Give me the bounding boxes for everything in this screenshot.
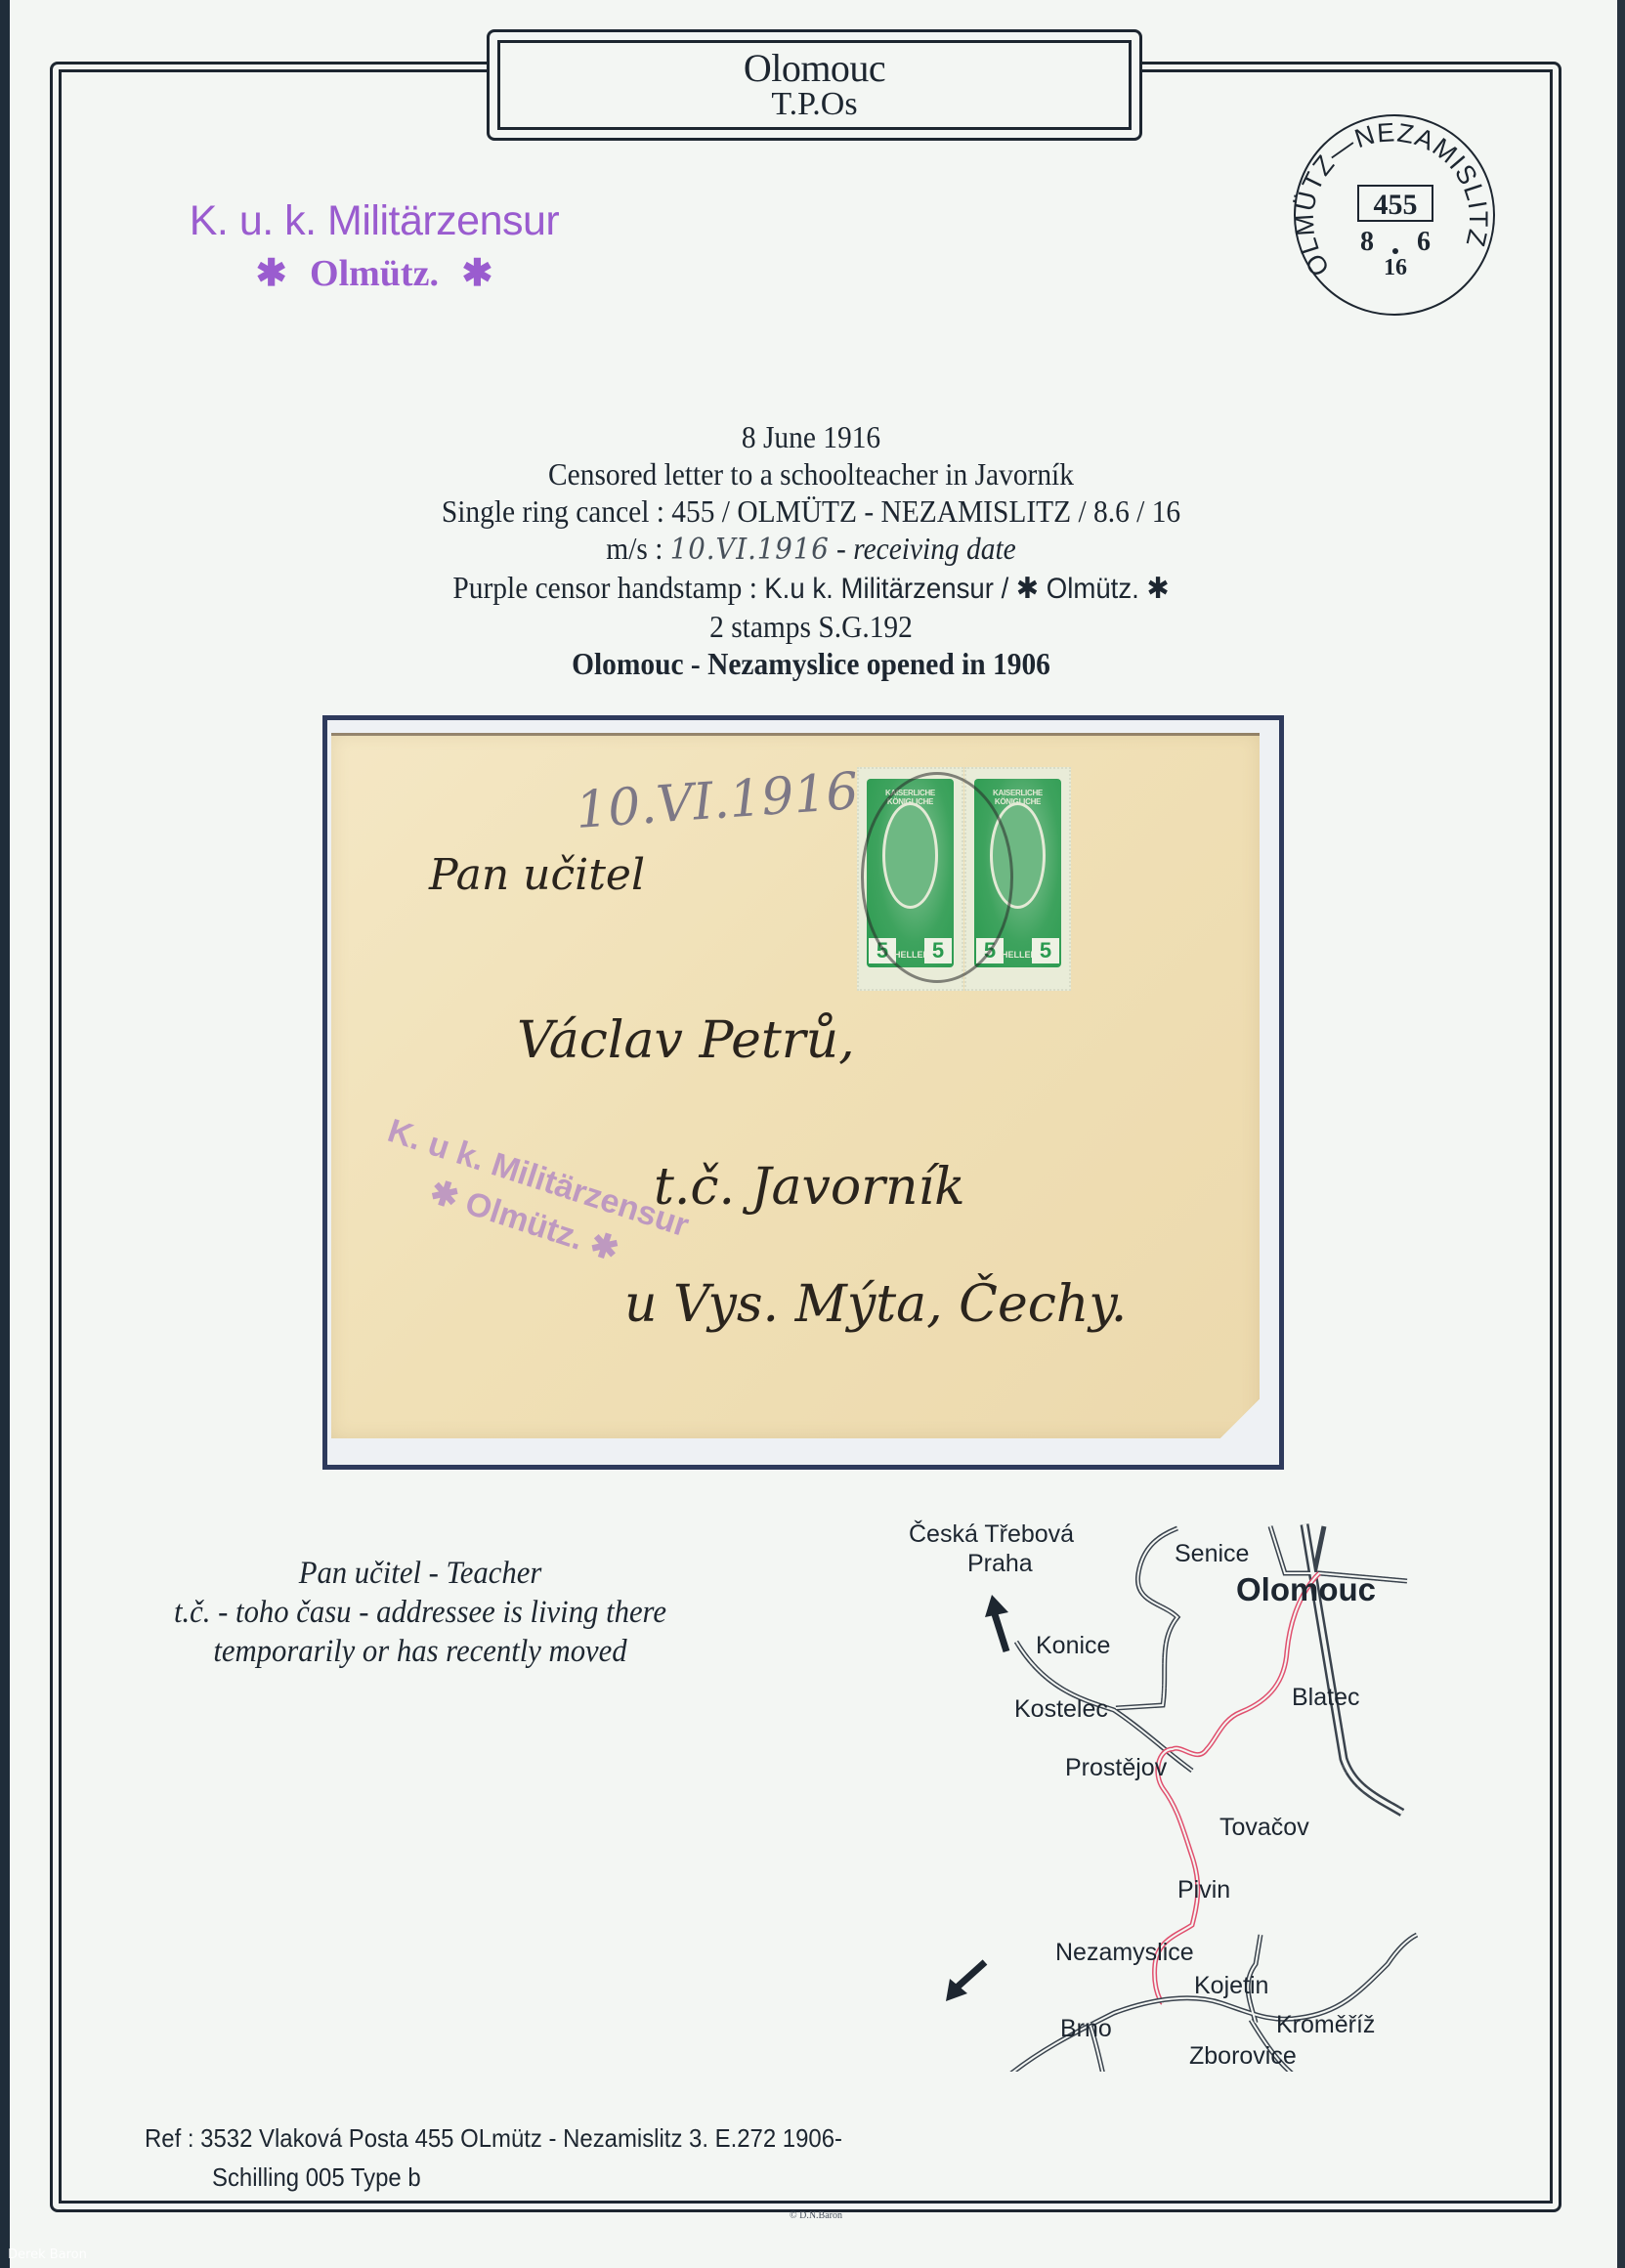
address-line-1: t.č. Javorník [654,1158,965,1217]
stamp-cancel-ring [861,772,1013,983]
reference-note: Ref : 3532 Vlaková Posta 455 OLmütz - Ne… [145,2118,903,2197]
postmark-illustration: OLMÜTZ—NEZAMISLITZ 455 8 6 16 [1292,112,1497,318]
arrow-to-praha-icon [985,1595,1008,1651]
reference-line-2: Schilling 005 Type b [212,2158,848,2197]
description-line-3: Single ring cancel : 455 / OLMÜTZ - NEZA… [317,492,1305,530]
cover-envelope: 10.VI.1916 Pan učitel Václav Petrů, K. u… [331,733,1260,1438]
ms-label: m/s : [606,531,669,566]
note-line-3: temporarily or has recently moved [103,1632,739,1671]
censor-handstamp-illustration: K. u. k. Militärzensur ✱ Olmütz. ✱ [145,197,604,295]
page-edge-left [0,0,10,2268]
watermark: Derek Baron [8,2247,87,2262]
page-edge-right [1617,0,1625,2268]
map-label-pivin: Pivin [1177,1876,1230,1904]
map-label-olomouc: Olomouc [1236,1571,1376,1608]
map-label-kojetin: Kojetin [1194,1972,1268,2000]
description-line-7: Olomouc - Nezamyslice opened in 1906 [317,645,1305,682]
censor-line-2: ✱ Olmütz. ✱ [145,251,604,295]
pencil-receiving-date: 10.VI.1916 [574,762,860,840]
receiving-date-label: - receiving date [830,531,1016,566]
translation-notes: Pan učitel - Teacher t.č. - toho času - … [78,1554,762,1671]
map-label-brno: Brno [1060,2015,1112,2043]
svg-text:16: 16 [1384,255,1407,280]
page-title: Olomouc [744,49,885,88]
cover-date: 8 June 1916 [317,418,1305,455]
note-line-2: t.č. - toho času - addressee is living t… [103,1593,739,1632]
map-label-kromeriz: Kroměříž [1276,2011,1375,2039]
addressee-title: Pan učitel [429,850,645,900]
description-line-6: 2 stamps S.G.192 [317,608,1305,645]
address-line-2: u Vys. Mýta, Čechy. [624,1275,1127,1334]
censor-line-1: K. u. k. Militärzensur [145,197,604,245]
censor-text: K.u k. Militärzensur / ✱ Olmütz. ✱ [764,573,1169,605]
map-label-senice: Senice [1175,1540,1249,1568]
map-label-konice: Konice [1036,1632,1110,1660]
map-label-tovacov: Tovačov [1219,1814,1309,1842]
copyright-notice: © D.N.Baron [790,2210,842,2221]
arrow-to-brno-icon [946,1962,985,2001]
map-label-nezamyslice: Nezamyslice [1055,1939,1194,1967]
note-line-1: Pan učitel - Teacher [103,1554,739,1593]
map-label-zborovice: Zborovice [1189,2042,1297,2071]
railway-map: Česká Třebová Praha Senice Olomouc Konic… [899,1505,1466,2072]
map-label-ceska-trebova: Česká Třebová [909,1520,1074,1549]
map-label-praha: Praha [967,1550,1033,1578]
description-line-4: m/s : 10.VI.1916 - receiving date [317,530,1305,569]
addressee-name: Václav Petrů, [517,1011,855,1070]
svg-text:8: 8 [1360,227,1374,257]
reference-line-1: Ref : 3532 Vlaková Posta 455 OLmütz - Ne… [145,2118,842,2158]
censor-label: Purple censor handstamp : [452,570,764,605]
handwritten-date: 10.VI.1916 [670,533,830,567]
map-label-blatec: Blatec [1292,1684,1359,1712]
map-label-prostejov: Prostějov [1065,1754,1167,1782]
description-line-5: Purple censor handstamp : K.u k. Militär… [317,569,1305,608]
railway-lines [899,1505,1466,2072]
description-line-2: Censored letter to a schoolteacher in Ja… [317,455,1305,492]
cover-censor-mark: K. u k. Militärzensur ✱ Olmütz. ✱ [369,1112,694,1288]
svg-text:6: 6 [1417,227,1431,257]
title-box: Olomouc T.P.Os [487,29,1142,141]
map-label-kostelec: Kostelec [1014,1695,1108,1724]
svg-text:455: 455 [1374,189,1418,221]
cover-description: 8 June 1916 Censored letter to a schoolt… [274,418,1348,682]
page-subtitle: T.P.Os [771,88,857,121]
